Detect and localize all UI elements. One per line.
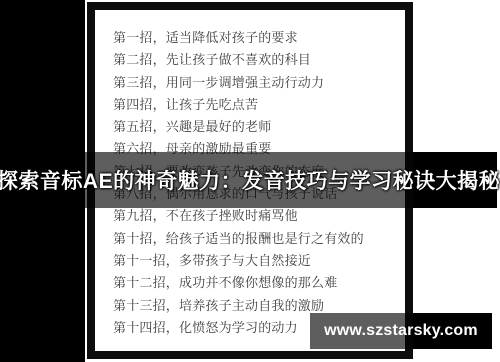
- tip-line-5: 第五招，兴趣是最好的老师: [113, 117, 401, 137]
- tip-line-1: 第一招，适当降低对孩子的要求: [113, 28, 401, 48]
- title-text: 探索音标AE的神奇魅力：发音技巧与学习秘诀大揭秘: [0, 165, 500, 195]
- tip-line-3: 第三招，用同一步调增强主动行动力: [113, 73, 401, 93]
- tip-line-4: 第四招，让孩子先吃点苦: [113, 95, 401, 115]
- tip-line-2: 第二招，先让孩子做不喜欢的科目: [113, 50, 401, 70]
- website-badge: www.szstarsky.com: [310, 313, 492, 349]
- tip-line-9: 第九招，不在孩子挫败时痛骂他: [113, 206, 401, 226]
- tip-line-11: 第十一招，多带孩子与大自然接近: [113, 251, 401, 271]
- promo-image-canvas: 第一招，适当降低对孩子的要求 第二招，先让孩子做不喜欢的科目 第三招，用同一步调…: [0, 0, 500, 362]
- website-text: www.szstarsky.com: [324, 322, 478, 340]
- title-banner: 探索音标AE的神奇魅力：发音技巧与学习秘诀大揭秘: [0, 152, 497, 208]
- tip-line-10: 第十招，给孩子适当的报酬也是行之有效的: [113, 229, 401, 249]
- tip-line-12: 第十二招，成功并不像你想像的那么难: [113, 273, 401, 293]
